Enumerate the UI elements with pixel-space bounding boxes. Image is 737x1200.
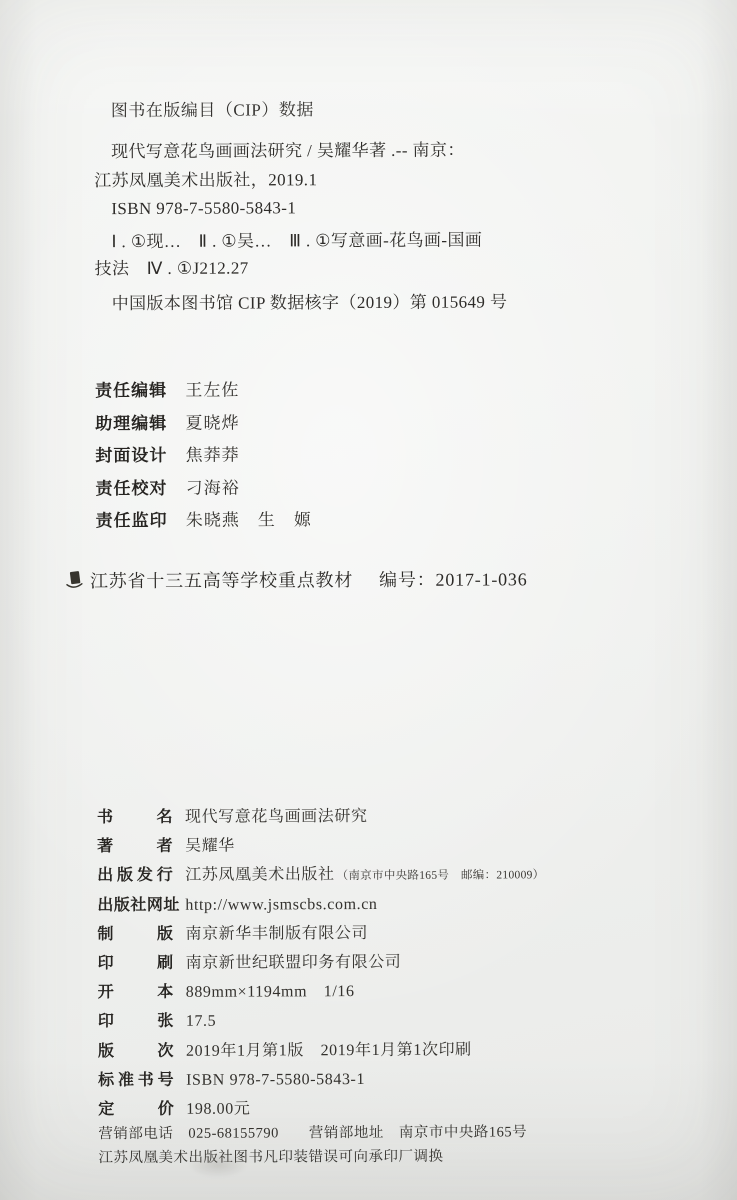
page-content: 图书在版编目（CIP）数据 现代写意花鸟画画法研究 / 吴耀华著 .-- 南京：… — [0, 0, 737, 1200]
cip-class-line-2: 技法 Ⅳ . ①J212.27 — [94, 254, 482, 283]
cip-title-line: 现代写意花鸟画画法研究 / 吴耀华著 .-- 南京： — [94, 137, 465, 167]
credit-label: 封面设计 — [95, 440, 168, 473]
cip-record-number-line: 中国版本图书馆 CIP 数据核字（2019）第 015649 号 — [112, 287, 508, 314]
colophon-label: 著者 — [97, 832, 173, 862]
credit-label: 责任校对 — [95, 472, 168, 505]
colophon-label: 制版 — [97, 920, 173, 950]
colophon-value: 吴耀华 — [185, 838, 235, 855]
credit-row: 责任校对 刁海裕 — [95, 472, 311, 505]
colophon-value: ISBN 978-7-5580-5843-1 — [186, 1071, 365, 1089]
colophon-value: 江苏凤凰美术出版社 — [185, 867, 334, 885]
series-number: 编号：2017-1-036 — [379, 569, 527, 590]
credit-value: 朱晓燕 生 嫄 — [186, 510, 312, 530]
colophon-value: 17.5 — [186, 1013, 216, 1030]
credit-row: 责任编辑 王左佐 — [95, 374, 311, 407]
colophon-value: 198.00元 — [186, 1100, 250, 1117]
colophon-value: 889mm×1194mm 1/16 — [186, 983, 355, 1001]
series-note: 江苏省十三五高等学校重点教材编号：2017-1-036 — [64, 565, 528, 596]
colophon-label: 书名 — [97, 803, 173, 833]
series-note-text: 江苏省十三五高等学校重点教材 — [90, 570, 353, 591]
credit-label: 责任监印 — [96, 505, 169, 538]
colophon-label: 标准书号 — [98, 1066, 174, 1096]
colophon-row-publisher: 出版发行江苏凤凰美术出版社（南京市中央路165号 邮编：210009） — [97, 860, 544, 891]
credit-value: 焦莽莽 — [186, 446, 240, 465]
footer: 营销部电话 025-68155790 营销部地址 南京市中央路165号 江苏凤凰… — [98, 1120, 527, 1170]
credit-row: 封面设计 焦莽莽 — [95, 439, 311, 472]
colophon-row-format: 开本889mm×1194mm 1/16 — [98, 976, 545, 1007]
colophon-row-website: 出版社网址http://www.jsmscbs.com.cn — [97, 889, 544, 920]
colophon-value: 南京新华丰制版有限公司 — [185, 925, 368, 943]
book-logo-icon — [64, 570, 85, 596]
colophon-label: 版次 — [98, 1036, 174, 1066]
staff-credits: 责任编辑 王左佐 助理编辑 夏晓烨 封面设计 焦莽莽 责任校对 刁海裕 责任监印… — [95, 374, 312, 537]
book-copyright-page: 图书在版编目（CIP）数据 现代写意花鸟画画法研究 / 吴耀华著 .-- 南京：… — [0, 0, 737, 1200]
colophon-value: 南京新世纪联盟印务有限公司 — [186, 954, 402, 972]
colophon-row-isbn: 标准书号ISBN 978-7-5580-5843-1 — [98, 1064, 545, 1095]
footer-exchange-line: 江苏凤凰美术出版社图书凡印装错误可向承印厂调换 — [98, 1144, 527, 1170]
cip-header: 图书在版编目（CIP）数据 — [111, 95, 314, 121]
colophon-row-sheets: 印张17.5 — [98, 1006, 545, 1037]
footer-contact-line: 营销部电话 025-68155790 营销部地址 南京市中央路165号 — [98, 1120, 527, 1146]
colophon-label: 印刷 — [98, 949, 174, 979]
cip-publisher-line: 江苏凤凰美术出版社，2019.1 — [94, 165, 465, 195]
credit-value: 王左佐 — [185, 381, 239, 400]
colophon-label: 开本 — [98, 978, 174, 1008]
colophon-table: 书名现代写意花鸟画画法研究 著者吴耀华 出版发行江苏凤凰美术出版社（南京市中央路… — [97, 801, 546, 1124]
colophon-value: http://www.jsmscbs.com.cn — [185, 896, 377, 914]
credit-label: 责任编辑 — [95, 375, 168, 408]
colophon-value: 现代写意花鸟画画法研究 — [185, 808, 368, 826]
cip-isbn-line: ISBN 978-7-5580-5843-1 — [94, 194, 465, 224]
credit-value: 夏晓烨 — [185, 413, 239, 432]
colophon-row-author: 著者吴耀华 — [97, 830, 544, 861]
credit-row: 责任监印 朱晓燕 生 嫄 — [96, 504, 312, 537]
cip-classification-paragraph: Ⅰ . ①现… Ⅱ . ①吴… Ⅲ . ①写意画-花鸟画-国画 技法 Ⅳ . ①… — [94, 227, 482, 283]
colophon-row-edition: 版次2019年1月第1版 2019年1月第1次印刷 — [98, 1035, 545, 1066]
credit-row: 助理编辑 夏晓烨 — [95, 407, 311, 440]
colophon-label: 印张 — [98, 1007, 174, 1037]
colophon-row-printing: 印刷南京新世纪联盟印务有限公司 — [98, 947, 545, 978]
cip-bibliographic-paragraph: 现代写意花鸟画画法研究 / 吴耀华著 .-- 南京： 江苏凤凰美术出版社，201… — [94, 137, 465, 224]
credit-value: 刁海裕 — [186, 478, 240, 497]
colophon-label: 出版发行 — [97, 861, 173, 891]
colophon-label: 定价 — [98, 1095, 174, 1125]
colophon-row-platemaking: 制版南京新华丰制版有限公司 — [97, 918, 544, 949]
colophon-note: （南京市中央路165号 邮编：210009） — [337, 870, 545, 883]
colophon-label: 出版社网址 — [97, 890, 173, 920]
colophon-value: 2019年1月第1版 2019年1月第1次印刷 — [186, 1041, 472, 1059]
cip-class-line-1: Ⅰ . ①现… Ⅱ . ①吴… Ⅲ . ①写意画-花鸟画-国画 — [94, 227, 482, 256]
credit-label: 助理编辑 — [95, 407, 168, 440]
colophon-row-title: 书名现代写意花鸟画画法研究 — [97, 801, 544, 832]
